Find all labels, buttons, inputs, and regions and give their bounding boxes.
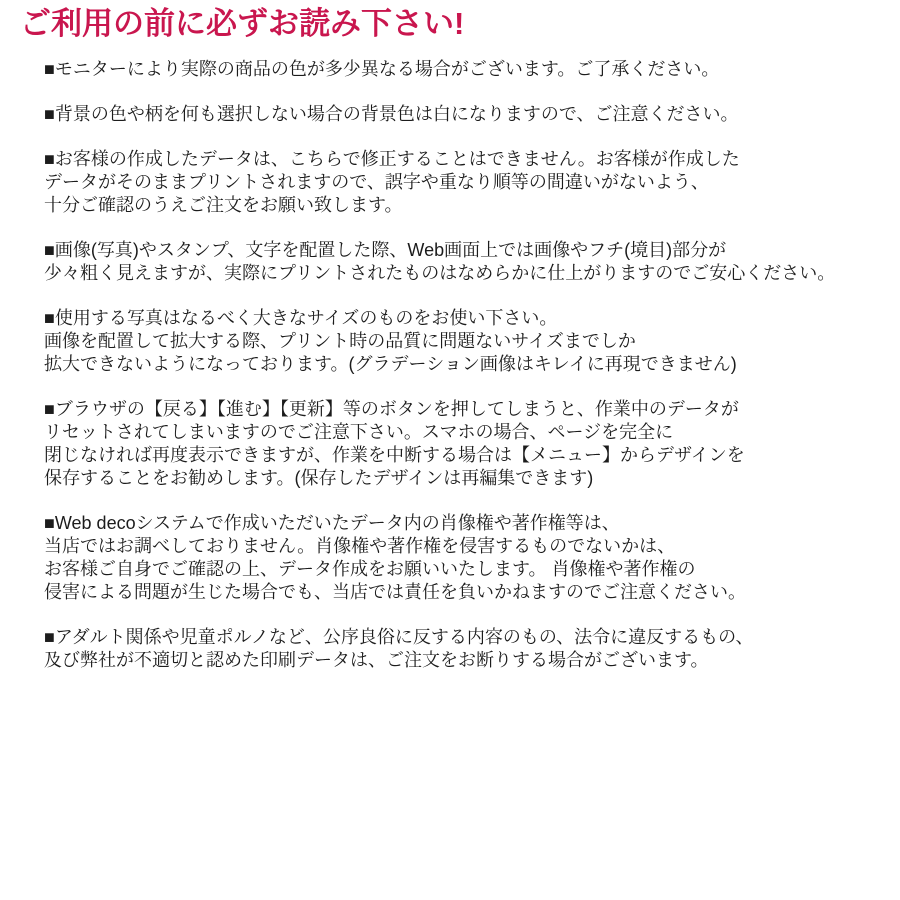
notice-paragraph: ■使用する写真はなるべく大きなサイズのものをお使い下さい。画像を配置して拡大する… — [44, 307, 866, 376]
notice-paragraph: ■モニターにより実際の商品の色が多少異なる場合がございます。ご了承ください。 — [44, 58, 866, 81]
notice-line: 当店ではお調べしておりません。肖像権や著作権を侵害するものでないかは、 — [44, 536, 675, 556]
notice-line: 拡大できないようになっております。(グラデーション画像はキレイに再現できません) — [44, 354, 737, 374]
notice-line: 少々粗く見えますが、実際にプリントされたものはなめらかに仕上がりますのでご安心く… — [44, 263, 835, 283]
notice-line: ■使用する写真はなるべく大きなサイズのものをお使い下さい。 — [44, 308, 557, 328]
notice-paragraph: ■画像(写真)やスタンプ、文字を配置した際、Web画面上では画像やフチ(境目)部… — [44, 239, 866, 285]
notice-line: ■アダルト関係や児童ポルノなど、公序良俗に反する内容のもの、法令に違反するもの、 — [44, 627, 753, 647]
notice-line: 閉じなければ再度表示できますが、作業を中断する場合は【メニュー】からデザインを — [44, 445, 745, 465]
notice-line: ■Web decoシステムで作成いただいたデータ内の肖像権や著作権等は、 — [44, 513, 620, 533]
notice-line: ■ブラウザの【戻る】【進む】【更新】等のボタンを押してしまうと、作業中のデータが — [44, 399, 739, 419]
notice-line: ■モニターにより実際の商品の色が多少異なる場合がございます。ご了承ください。 — [44, 59, 719, 79]
notice-line: リセットされてしまいますのでご注意下さい。スマホの場合、ページを完全に — [44, 422, 673, 442]
notice-paragraph: ■お客様の作成したデータは、こちらで修正することはできません。お客様が作成したデ… — [44, 148, 866, 217]
notice-paragraph: ■アダルト関係や児童ポルノなど、公序良俗に反する内容のもの、法令に違反するもの、… — [44, 626, 866, 672]
notice-line: ■画像(写真)やスタンプ、文字を配置した際、Web画面上では画像やフチ(境目)部… — [44, 240, 726, 260]
notice-line: 十分ご確認のうえご注文をお願い致します。 — [44, 195, 403, 215]
notice-list: ■モニターにより実際の商品の色が多少異なる場合がございます。ご了承ください。■背… — [0, 42, 900, 672]
notice-paragraph: ■Web decoシステムで作成いただいたデータ内の肖像権や著作権等は、当店では… — [44, 512, 866, 604]
notice-paragraph: ■背景の色や柄を何も選択しない場合の背景色は白になりますので、ご注意ください。 — [44, 103, 866, 126]
notice-line: ■お客様の作成したデータは、こちらで修正することはできません。お客様が作成した — [44, 149, 740, 169]
notice-line: 及び弊社が不適切と認めた印刷データは、ご注文をお断りする場合がございます。 — [44, 650, 709, 670]
page-title: ご利用の前に必ずお読み下さい! — [0, 0, 900, 42]
notice-line: 画像を配置して拡大する際、プリント時の品質に問題ないサイズまでしか — [44, 331, 636, 351]
notice-line: データがそのままプリントされますので、誤字や重なり順等の間違いがないよう、 — [44, 172, 709, 192]
notice-line: お客様ご自身でご確認の上、データ作成をお願いいたします。 肖像権や著作権の — [44, 559, 696, 579]
notice-line: 保存することをお勧めします。(保存したデザインは再編集できます) — [44, 468, 593, 488]
notice-line: ■背景の色や柄を何も選択しない場合の背景色は白になりますので、ご注意ください。 — [44, 104, 739, 124]
notice-paragraph: ■ブラウザの【戻る】【進む】【更新】等のボタンを押してしまうと、作業中のデータが… — [44, 398, 866, 490]
notice-page: ご利用の前に必ずお読み下さい! ■モニターにより実際の商品の色が多少異なる場合が… — [0, 0, 900, 900]
notice-line: 侵害による問題が生じた場合でも、当店では責任を負いかねますのでご注意ください。 — [44, 582, 746, 602]
